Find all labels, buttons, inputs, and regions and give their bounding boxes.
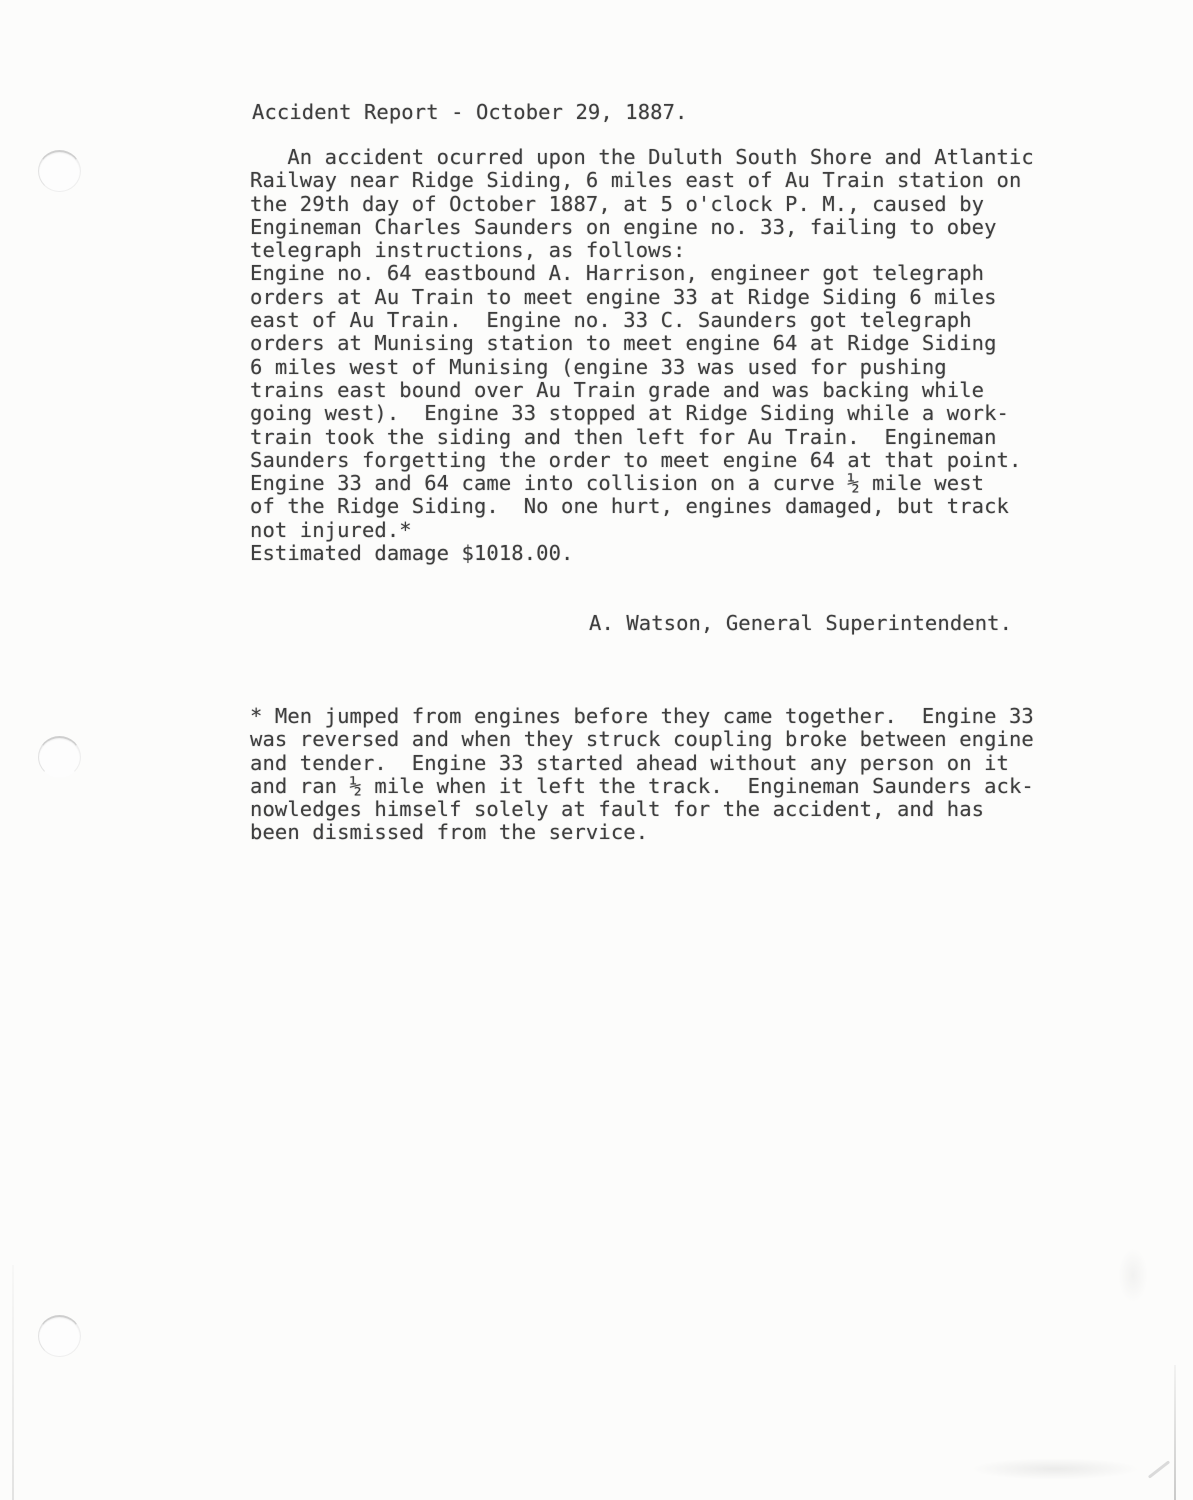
- punch-hole-bottom: [38, 1315, 81, 1357]
- scan-smudge-right: [1118, 1248, 1148, 1303]
- scan-edge-left: [12, 1265, 14, 1500]
- report-body: An accident ocurred upon the Duluth Sout…: [250, 146, 1034, 565]
- signature-line: A. Watson, General Superintendent.: [589, 612, 1012, 635]
- punch-hole-middle: [38, 736, 81, 778]
- scan-edge-right: [1174, 1365, 1176, 1500]
- punch-hole-top: [38, 150, 81, 192]
- scan-smudge-bottom: [970, 1458, 1140, 1480]
- scan-corner-mark: [1148, 1460, 1170, 1478]
- document-page: Accident Report - October 29, 1887. An a…: [0, 0, 1193, 1500]
- report-title: Accident Report - October 29, 1887.: [252, 101, 687, 124]
- footnote-text: * Men jumped from engines before they ca…: [250, 705, 1034, 845]
